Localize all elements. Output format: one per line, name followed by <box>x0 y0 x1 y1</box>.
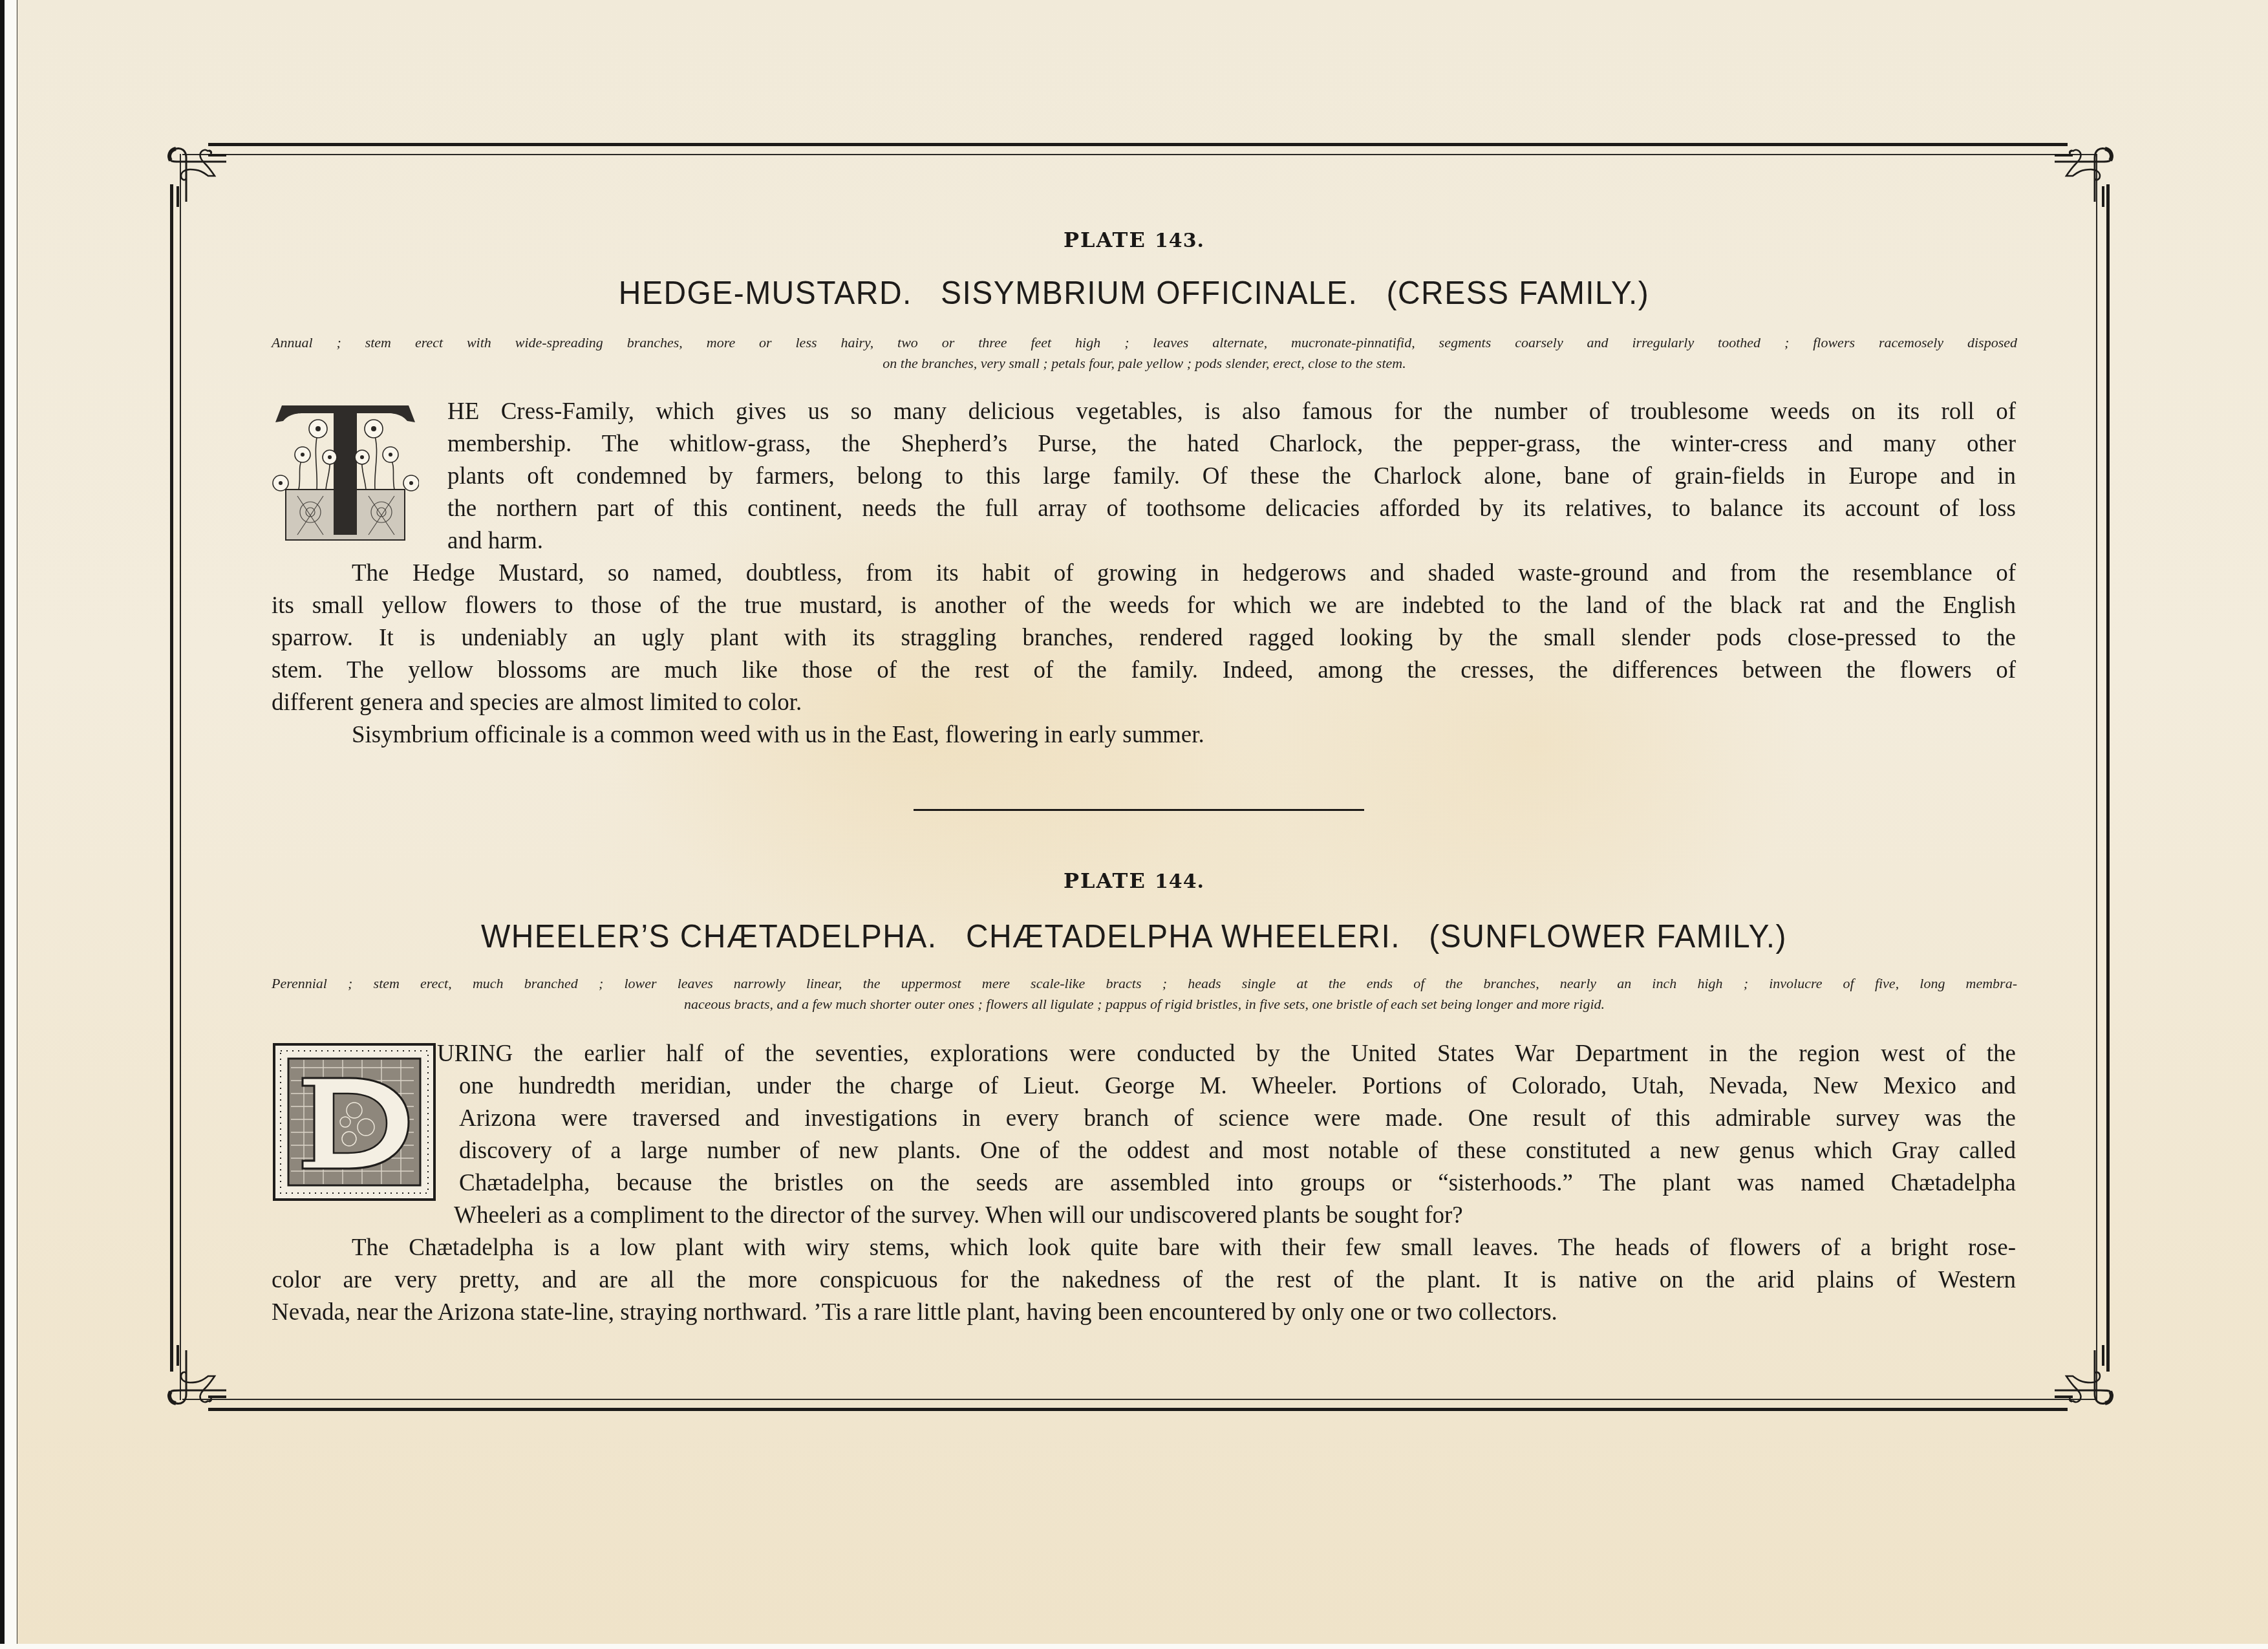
plate-label: PLATE 144. <box>0 868 2268 893</box>
scroll-flourish-icon <box>162 136 233 207</box>
body-line: Wheeleri as a compliment to the director… <box>272 1200 2016 1232</box>
body-line: the northern part of this continent, nee… <box>272 493 2016 525</box>
plate-label-prefix: PLATE <box>1064 228 1146 252</box>
frame-border-top <box>208 143 2068 146</box>
body-line: membership. The whitlow-grass, the Sheph… <box>272 428 2016 460</box>
frame-inner-bottom <box>182 1399 2096 1400</box>
scroll-flourish-icon <box>162 1345 233 1416</box>
body-line: stem. The yellow blossoms are much like … <box>272 654 2016 687</box>
frame-border-bottom <box>208 1408 2068 1411</box>
plate-description: Annual ; stem erect with wide-spreading … <box>272 332 2017 374</box>
body-line: URING the earlier half of the seventies,… <box>272 1038 2016 1070</box>
plate-143-body: HE Cress-Family, which gives us so many … <box>272 396 2016 751</box>
plate-144-body: URING the earlier half of the seventies,… <box>272 1038 2016 1329</box>
plate-label-prefix: PLATE <box>1064 868 1146 893</box>
body-line: sparrow. It is undeniably an ugly plant … <box>272 622 2016 654</box>
body-line: color are very pretty, and are all the m… <box>272 1264 2016 1297</box>
frame-border-left <box>170 184 173 1372</box>
scroll-flourish-icon <box>2048 1345 2119 1416</box>
description-line: Annual ; stem erect with wide-spreading … <box>272 332 2017 353</box>
body-line: Sisymbrium officinale is a common weed w… <box>272 719 2016 751</box>
body-line: its small yellow flowers to those of the… <box>272 590 2016 622</box>
plate-title: HEDGE-MUSTARD. SISYMBRIUM OFFICINALE. (C… <box>45 274 2223 312</box>
description-line: naceous bracts, and a few much shorter o… <box>272 994 2017 1015</box>
description-line: Perennial ; stem erect, much branched ; … <box>272 973 2017 994</box>
frame-inner-right <box>2096 154 2097 1400</box>
section-divider <box>914 809 1364 811</box>
body-line: Chætadelpha, because the bristles on the… <box>272 1167 2016 1200</box>
scroll-flourish-icon <box>2048 136 2119 207</box>
plate-description: Perennial ; stem erect, much branched ; … <box>272 973 2017 1015</box>
body-line: one hundredth meridian, under the charge… <box>272 1070 2016 1103</box>
body-line: different genera and species are almost … <box>272 687 2016 719</box>
body-line: Arizona were traversed and investigation… <box>272 1103 2016 1135</box>
body-line: The Hedge Mustard, so named, doubtless, … <box>272 557 2016 590</box>
description-line: on the branches, very small ; petals fou… <box>272 353 2017 374</box>
body-line: and harm. <box>272 525 2016 557</box>
plate-number: 143. <box>1155 230 1204 252</box>
frame-inner-top <box>182 154 2096 155</box>
body-line: Nevada, near the Arizona state-line, str… <box>272 1297 2016 1329</box>
body-line: discovery of a large number of new plant… <box>272 1135 2016 1167</box>
frame-inner-left <box>180 154 181 1400</box>
body-line: HE Cress-Family, which gives us so many … <box>272 396 2016 428</box>
body-line: The Chætadelpha is a low plant with wiry… <box>272 1232 2016 1264</box>
plate-number: 144. <box>1155 870 1204 893</box>
plate-label: PLATE 143. <box>0 228 2268 252</box>
plate-title: WHEELER’S CHÆTADELPHA. CHÆTADELPHA WHEEL… <box>45 918 2223 955</box>
frame-border-right <box>2106 184 2110 1372</box>
scan-margin-bottom <box>0 1644 2268 1649</box>
body-line: plants oft condemned by farmers, belong … <box>272 460 2016 493</box>
